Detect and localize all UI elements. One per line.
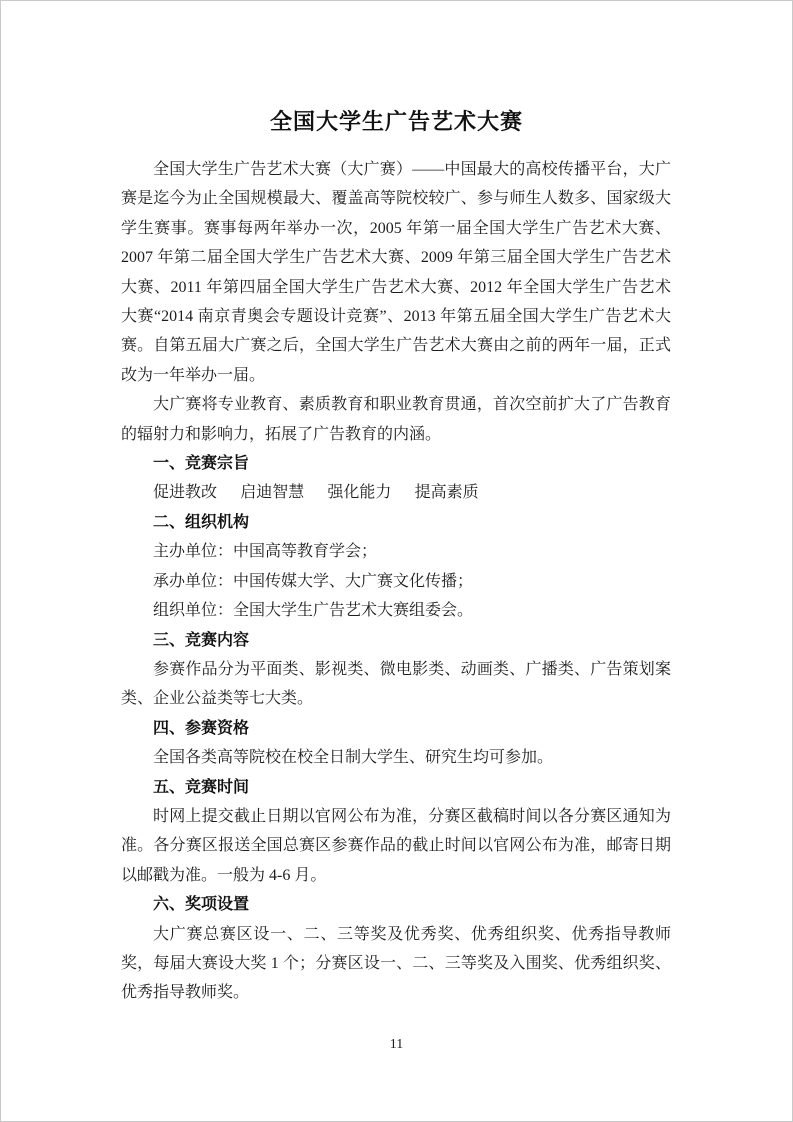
motto-phrase-4: 提高素质 <box>415 484 479 501</box>
section-1-heading: 一、竞赛宗旨 <box>121 449 671 478</box>
document-page: 全国大学生广告艺术大赛 全国大学生广告艺术大赛（大广赛）——中国最大的高校传播平… <box>0 0 793 1122</box>
section-2-heading: 二、组织机构 <box>121 508 671 537</box>
content-categories-paragraph: 参赛作品分为平面类、影视类、微电影类、动画类、广播类、广告策划案类、企业公益类等… <box>121 655 671 714</box>
section-3-heading: 三、竞赛内容 <box>121 626 671 655</box>
intro-paragraph-2: 大广赛将专业教育、素质教育和职业教育贯通，首次空前扩大了广告教育的辐射力和影响力… <box>121 390 671 449</box>
page-number: 11 <box>1 1036 792 1054</box>
intro-paragraph-1: 全国大学生广告艺术大赛（大广赛）——中国最大的高校传播平台，大广赛是迄今为止全国… <box>121 155 671 390</box>
page-title: 全国大学生广告艺术大赛 <box>1 1 792 139</box>
section-4-heading: 四、参赛资格 <box>121 714 671 743</box>
schedule-paragraph: 时网上提交截止日期以官网公布为准，分赛区截稿时间以各分赛区通知为准。各分赛区报送… <box>121 802 671 890</box>
awards-paragraph: 大广赛总赛区设一、二、三等奖及优秀奖、优秀组织奖、优秀指导教师奖，每届大赛设大奖… <box>121 920 671 1008</box>
section-5-heading: 五、竞赛时间 <box>121 773 671 802</box>
org-host-line: 主办单位：中国高等教育学会； <box>121 537 671 566</box>
section-6-heading: 六、奖项设置 <box>121 890 671 919</box>
motto-line: 促进教改启迪智慧强化能力提高素质 <box>121 478 671 507</box>
motto-phrase-1: 促进教改 <box>153 484 217 501</box>
motto-phrase-2: 启迪智慧 <box>240 484 304 501</box>
motto-phrase-3: 强化能力 <box>327 484 391 501</box>
eligibility-paragraph: 全国各类高等院校在校全日制大学生、研究生均可参加。 <box>121 743 671 772</box>
document-body: 全国大学生广告艺术大赛（大广赛）——中国最大的高校传播平台，大广赛是迄今为止全国… <box>121 155 671 1008</box>
org-committee-line: 组织单位：全国大学生广告艺术大赛组委会。 <box>121 596 671 625</box>
org-undertaker-line: 承办单位：中国传媒大学、大广赛文化传播； <box>121 567 671 596</box>
